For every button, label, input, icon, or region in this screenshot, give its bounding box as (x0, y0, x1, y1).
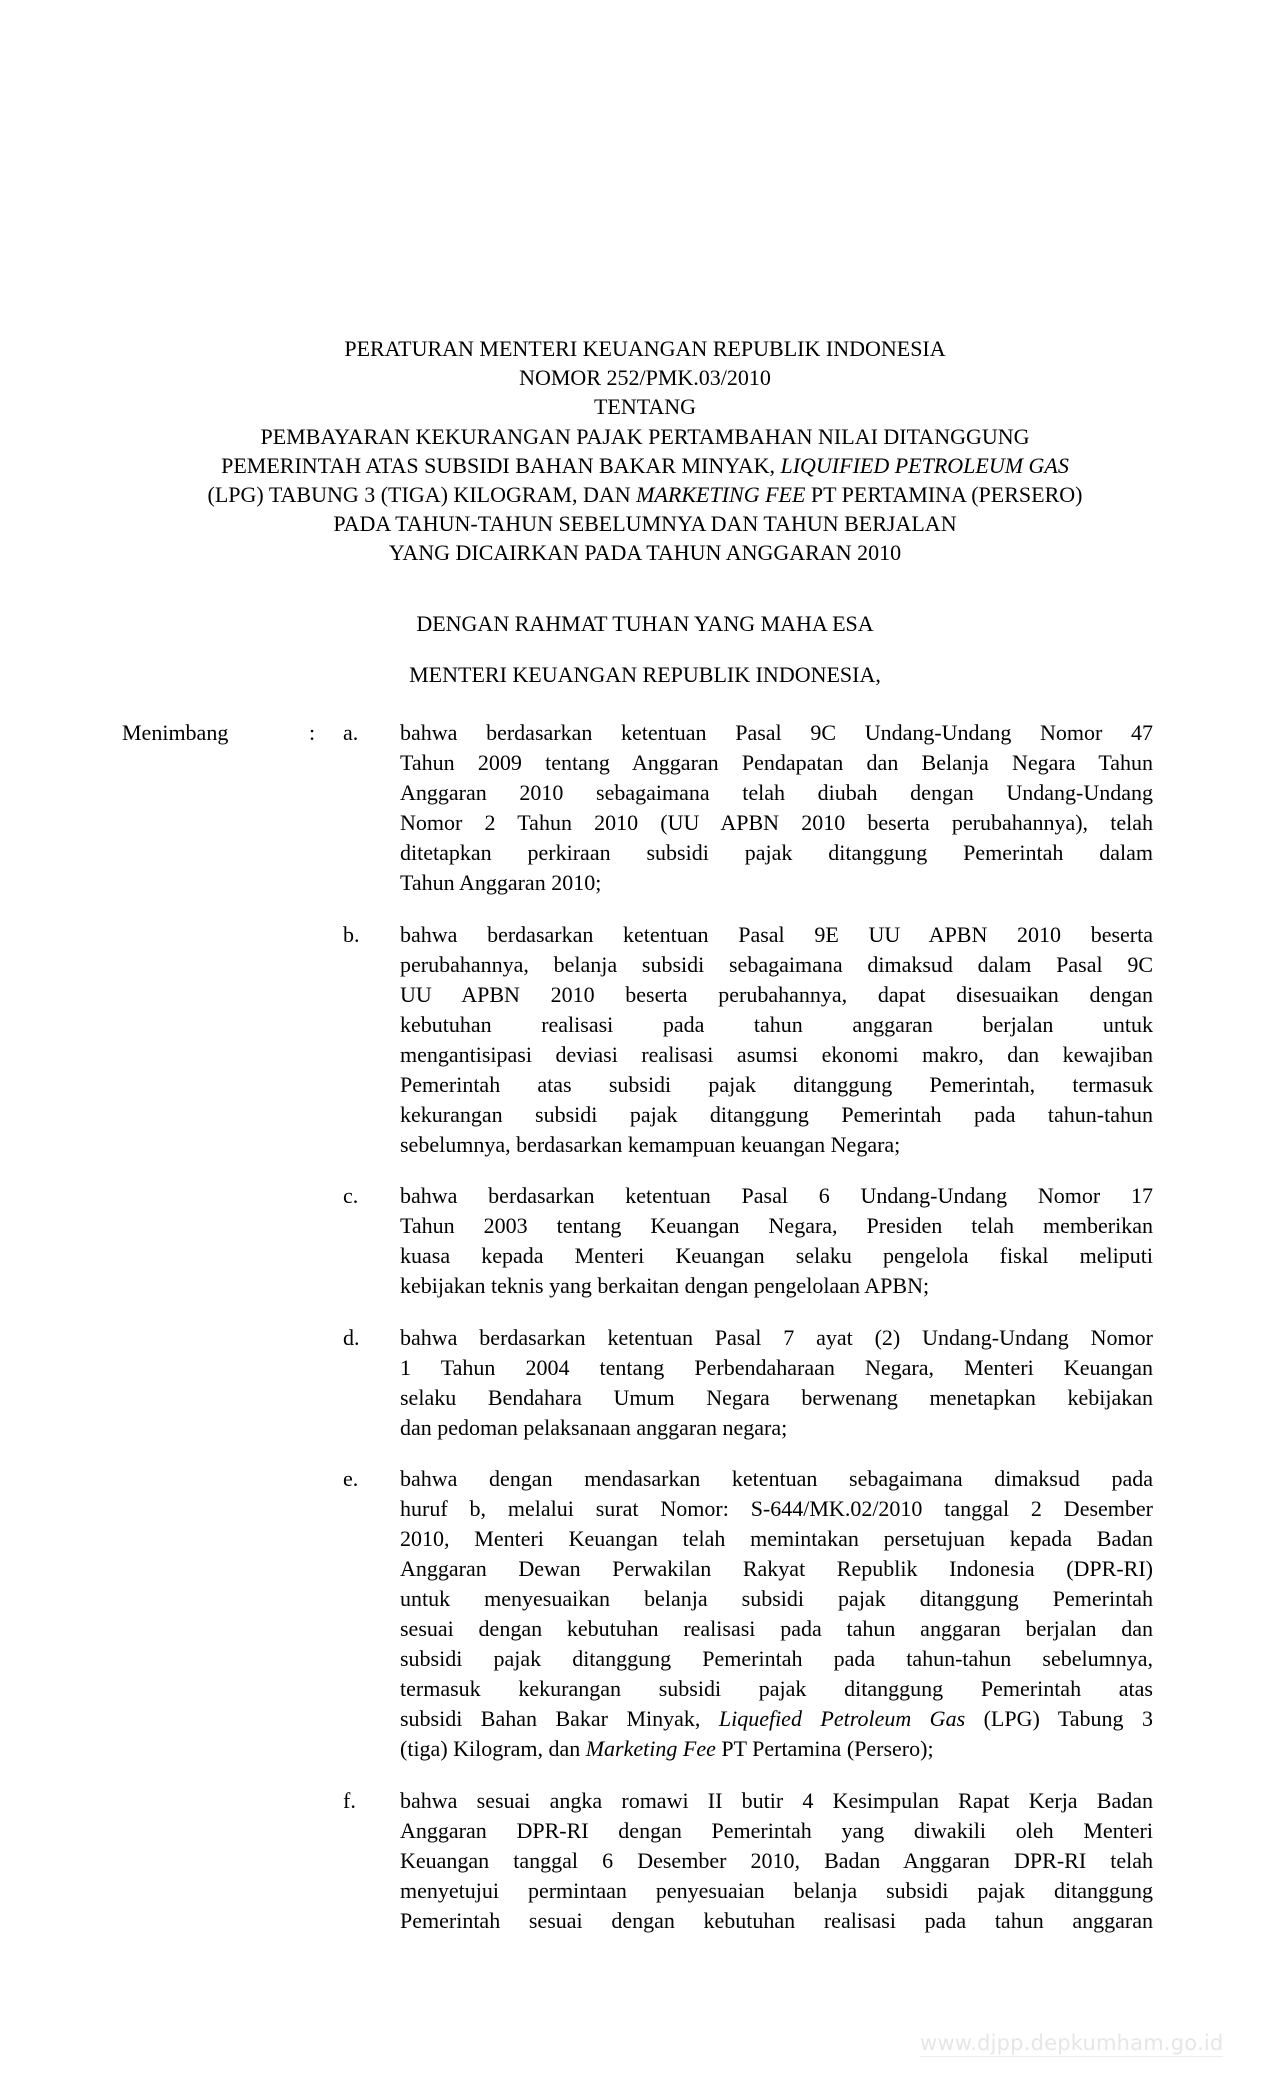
text-line: subsidi Bahan Bakar Minyak, Liquefied Pe… (400, 1704, 1153, 1734)
text-line: mengantisipasi deviasi realisasi asumsi … (400, 1040, 1153, 1070)
item-letter: c. (343, 1181, 358, 1211)
title-line: TENTANG (140, 392, 1150, 421)
text-line: ditetapkan perkiraan subsidi pajak ditan… (400, 838, 1153, 868)
item-text: bahwa dengan mendasarkan ketentuan sebag… (400, 1464, 1153, 1764)
document-page: PERATURAN MENTERI KEUANGAN REPUBLIK INDO… (0, 0, 1275, 2100)
text-line: untuk menyesuaikan belanja subsidi pajak… (400, 1584, 1153, 1614)
title-line: YANG DICAIRKAN PADA TAHUN ANGGARAN 2010 (140, 538, 1150, 567)
text-line: Pemerintah atas subsidi pajak ditanggung… (400, 1070, 1153, 1100)
considering-item: d.bahwa berdasarkan ketentuan Pasal 7 ay… (0, 1323, 1275, 1443)
considering-items: a.bahwa berdasarkan ketentuan Pasal 9C U… (0, 718, 1275, 1957)
text-line: sesuai dengan kebutuhan realisasi pada t… (400, 1614, 1153, 1644)
considering-item: a.bahwa berdasarkan ketentuan Pasal 9C U… (0, 718, 1275, 898)
invocation-line: DENGAN RAHMAT TUHAN YANG MAHA ESA (140, 609, 1150, 638)
text-line: bahwa berdasarkan ketentuan Pasal 9C Und… (400, 718, 1153, 748)
text-line: subsidi pajak ditanggung Pemerintah pada… (400, 1644, 1153, 1674)
text-line: Tahun 2003 tentang Keuangan Negara, Pres… (400, 1211, 1153, 1241)
text-line: huruf b, melalui surat Nomor: S-644/MK.0… (400, 1494, 1153, 1524)
item-letter: d. (343, 1323, 360, 1353)
text-line: bahwa dengan mendasarkan ketentuan sebag… (400, 1464, 1153, 1494)
minister-line: MENTERI KEUANGAN REPUBLIK INDONESIA, (140, 660, 1150, 689)
title-line: NOMOR 252/PMK.03/2010 (140, 363, 1150, 392)
text-line: perubahannya, belanja subsidi sebagaiman… (400, 950, 1153, 980)
item-text: bahwa sesuai angka romawi II butir 4 Kes… (400, 1786, 1153, 1936)
text-line: bahwa sesuai angka romawi II butir 4 Kes… (400, 1786, 1153, 1816)
text-line: Keuangan tanggal 6 Desember 2010, Badan … (400, 1846, 1153, 1876)
item-text: bahwa berdasarkan ketentuan Pasal 6 Unda… (400, 1181, 1153, 1301)
text-line: kuasa kepada Menteri Keuangan selaku pen… (400, 1241, 1153, 1271)
text-line: UU APBN 2010 beserta perubahannya, dapat… (400, 980, 1153, 1010)
regulation-title: PERATURAN MENTERI KEUANGAN REPUBLIK INDO… (140, 334, 1150, 568)
text-line: bahwa berdasarkan ketentuan Pasal 6 Unda… (400, 1181, 1153, 1211)
text-line: Nomor 2 Tahun 2010 (UU APBN 2010 beserta… (400, 808, 1153, 838)
title-line: (LPG) TABUNG 3 (TIGA) KILOGRAM, DAN MARK… (140, 480, 1150, 509)
text-line: Anggaran DPR-RI dengan Pemerintah yang d… (400, 1816, 1153, 1846)
considering-item: f.bahwa sesuai angka romawi II butir 4 K… (0, 1786, 1275, 1936)
text-line: kebutuhan realisasi pada tahun anggaran … (400, 1010, 1153, 1040)
text-line: menyetujui permintaan penyesuaian belanj… (400, 1876, 1153, 1906)
text-line: bahwa berdasarkan ketentuan Pasal 9E UU … (400, 920, 1153, 950)
text-line: sebelumnya, berdasarkan kemampuan keuang… (400, 1130, 1153, 1160)
text-line: kekurangan subsidi pajak ditanggung Peme… (400, 1100, 1153, 1130)
item-text: bahwa berdasarkan ketentuan Pasal 9C Und… (400, 718, 1153, 898)
text-line: Anggaran 2010 sebagaimana telah diubah d… (400, 778, 1153, 808)
text-line: dan pedoman pelaksanaan anggaran negara; (400, 1413, 1153, 1443)
text-line: 2010, Menteri Keuangan telah memintakan … (400, 1524, 1153, 1554)
title-line: PADA TAHUN-TAHUN SEBELUMNYA DAN TAHUN BE… (140, 509, 1150, 538)
text-line: bahwa berdasarkan ketentuan Pasal 7 ayat… (400, 1323, 1153, 1353)
item-letter: b. (343, 920, 360, 950)
text-line: Pemerintah sesuai dengan kebutuhan reali… (400, 1906, 1153, 1936)
considering-item: e.bahwa dengan mendasarkan ketentuan seb… (0, 1464, 1275, 1764)
text-line: 1 Tahun 2004 tentang Perbendaharaan Nega… (400, 1353, 1153, 1383)
text-line: (tiga) Kilogram, dan Marketing Fee PT Pe… (400, 1734, 1153, 1764)
considering-item: b.bahwa berdasarkan ketentuan Pasal 9E U… (0, 920, 1275, 1160)
watermark-url: www.djpp.depkumham.go.id (920, 2031, 1223, 2057)
text-line: kebijakan teknis yang berkaitan dengan p… (400, 1271, 1153, 1301)
text-line: termasuk kekurangan subsidi pajak ditang… (400, 1674, 1153, 1704)
text-line: selaku Bendahara Umum Negara berwenang m… (400, 1383, 1153, 1413)
item-text: bahwa berdasarkan ketentuan Pasal 7 ayat… (400, 1323, 1153, 1443)
item-letter: e. (343, 1464, 358, 1494)
item-letter: f. (343, 1786, 356, 1816)
item-text: bahwa berdasarkan ketentuan Pasal 9E UU … (400, 920, 1153, 1160)
text-line: Tahun Anggaran 2010; (400, 868, 1153, 898)
item-letter: a. (343, 718, 358, 748)
title-line: PEMERINTAH ATAS SUBSIDI BAHAN BAKAR MINY… (140, 451, 1150, 480)
text-line: Anggaran Dewan Perwakilan Rakyat Republi… (400, 1554, 1153, 1584)
considering-item: c.bahwa berdasarkan ketentuan Pasal 6 Un… (0, 1181, 1275, 1301)
title-line: PEMBAYARAN KEKURANGAN PAJAK PERTAMBAHAN … (140, 422, 1150, 451)
title-line: PERATURAN MENTERI KEUANGAN REPUBLIK INDO… (140, 334, 1150, 363)
text-line: Tahun 2009 tentang Anggaran Pendapatan d… (400, 748, 1153, 778)
